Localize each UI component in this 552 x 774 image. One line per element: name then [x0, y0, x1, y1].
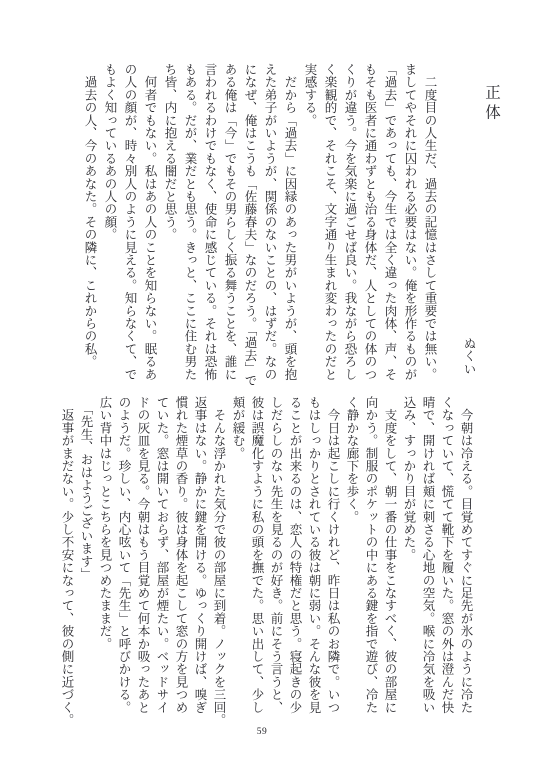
text-column: 今朝は冷える。目覚めてすぐに足先が氷のように冷た — [456, 396, 475, 726]
text-column: ある俺は「今」でもその男らしく振る舞うことを、誰に — [220, 63, 240, 387]
text-column: くりが違う。今を気楽に過ごせば良い。我ながら恐ろし — [340, 63, 360, 387]
text-column: 向かう。制服のポケットの中にある鍵を指で遊び、冷た — [361, 396, 380, 726]
text-column: 過去の人、今のあなた。その隣に、これからの私。 — [80, 63, 100, 387]
page-number: 59 — [0, 727, 524, 737]
text-column: くなっていて、慌てて靴下を履いた。窓の外は澄んだ快 — [437, 396, 456, 726]
text-column: ち皆、内に抱える闇だと思う。 — [160, 63, 180, 387]
text-column: く静かな廊下を歩く。 — [342, 396, 361, 726]
lower-text-block: 今朝は冷える。目覚めてすぐに足先が氷のように冷たくなっていて、慌てて靴下を履いた… — [57, 396, 475, 726]
text-column: になぜ、俺はこうも「佐藤春夫」なのだろう。「過去」で — [240, 63, 260, 387]
text-column: 頬が緩む。 — [228, 396, 247, 726]
text-column: 込み、すっかり目が覚めた。 — [399, 396, 418, 726]
book-page: 正体 ぬくい 二度目の人生だ、過去の記憶はさして重要では無い。ましてやそれに囚わ… — [0, 0, 552, 774]
text-column: 支度をして、朝一番の仕事をこなすべく、彼の部屋に — [380, 396, 399, 726]
text-column: く楽観的で、それこそ、文字通り生まれ変わったのだと — [320, 63, 340, 387]
text-column: 慣れた煙草の香り。彼は身体を起こして窓の方を見つめ — [171, 396, 190, 726]
text-column: えた弟子がいようが、関係のないことの、はずだ。なの — [260, 63, 280, 387]
text-column: 言われるわけでもなく、使命に感じている。それは恐怖 — [200, 63, 220, 387]
text-column: ドの灰皿を見る。今朝はもう目覚めて何本か吸ったあと — [133, 396, 152, 726]
text-column: 晴で、開ければ頬に刺さる心地の空気。喉に冷気を吸い — [418, 396, 437, 726]
text-column: ることが出来るのは、恋人の特権だと思う。寝起きの少 — [285, 396, 304, 726]
text-column: もある。だが、業だとも思う。きっと、ここに住む男た — [180, 63, 200, 387]
upper-text-block: 二度目の人生だ、過去の記憶はさして重要では無い。ましてやそれに囚われる必要はない… — [80, 63, 440, 387]
text-column: 彼は誤魔化すように私の頭を撫でた。思い出して、少し — [247, 396, 266, 726]
text-column: もよく知っているあの人の顔。 — [100, 63, 120, 387]
text-column: もそも医者に通わずとも治る身体だ、人としての体のつ — [360, 63, 380, 387]
text-column: 今日は起こしに行くけれど、昨日は私のお隣で。いつ — [323, 396, 342, 726]
text-column: 広い背中はじっとこちらを見つめたままだ。 — [95, 396, 114, 726]
text-column: ていた。窓は開いておらず、部屋が煙たい。ベッドサイ — [152, 396, 171, 726]
author-name: ぬくい — [460, 337, 478, 375]
text-column: もはしっかりとされている彼は朝に弱い。そんな彼を見 — [304, 396, 323, 726]
text-column: の人の顔が、時々別人のように見える。知らなくて、で — [120, 63, 140, 387]
text-column: そんな浮かれた気分で彼の部屋に到着。ノックを三回。 — [209, 396, 228, 726]
text-column: 「先生、おはようございます」 — [76, 396, 95, 726]
text-column: 何者でもない。私はあの人のことを知らない。眠るあ — [140, 63, 160, 387]
text-column: 返事がまだない。少し不安になって、彼の側に近づく。 — [57, 396, 76, 726]
text-column: ましてやそれに囚われる必要はない。俺を形作るものが — [400, 63, 420, 387]
text-column: だから「過去」に因縁のあった男がいようが、頭を抱 — [280, 63, 300, 387]
page-title: 正体 — [480, 84, 502, 124]
text-column: のようだ。珍しい、内心呟いて「先生」と呼びかける。 — [114, 396, 133, 726]
text-column: 実感する。 — [300, 63, 320, 387]
text-column: 二度目の人生だ、過去の記憶はさして重要では無い。 — [420, 63, 440, 387]
text-column: 返事はない。静かに鍵を開ける。ゆっくり開けば、嗅ぎ — [190, 396, 209, 726]
text-column: しだらしのない先生を見るのが好き。前にそう言うと、 — [266, 396, 285, 726]
text-column: 「過去」であっても、今生では全く違った肉体、声、そ — [380, 63, 400, 387]
